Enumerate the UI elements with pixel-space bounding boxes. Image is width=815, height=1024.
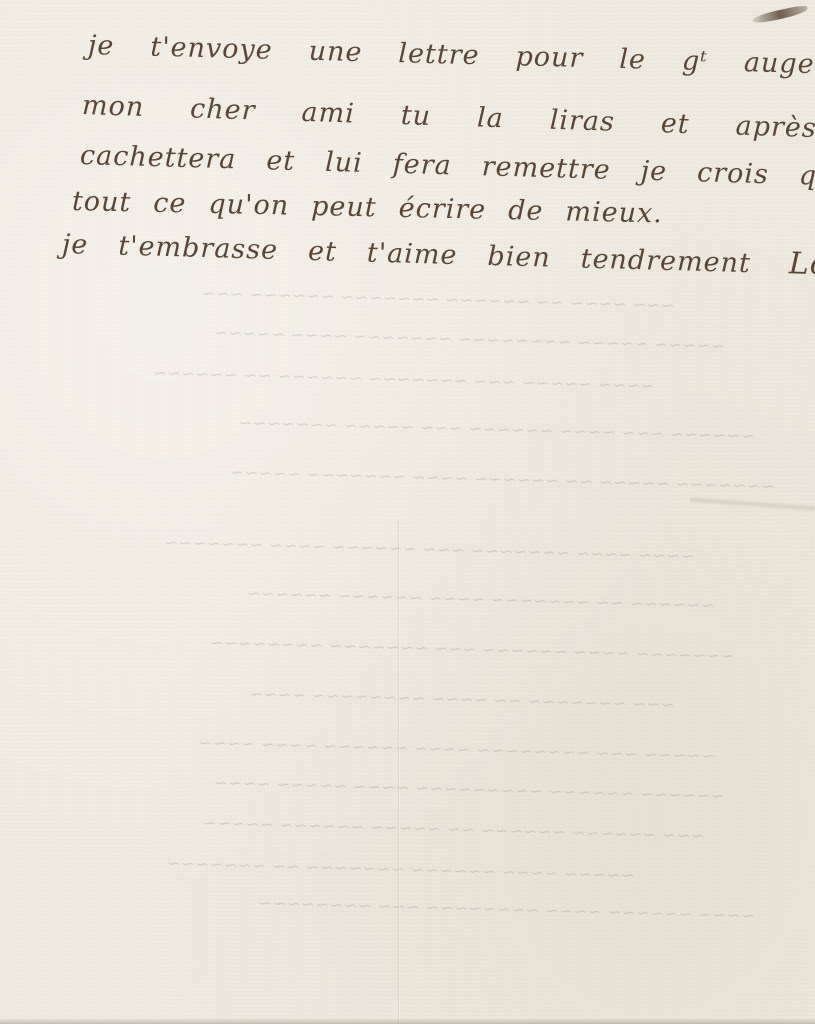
- letter-page: ~~~ ~~~~ ~~ ~~~~~~ ~~~~~~~ ~~~~~~ ~~~ ~~…: [0, 0, 815, 1024]
- word: cachettera: [80, 140, 237, 175]
- word: gᵗ: [682, 46, 709, 78]
- word: fera: [392, 149, 452, 182]
- letter-line-2: moncheramitulalirasetaprèstula: [82, 90, 815, 150]
- word: t'aime: [366, 238, 457, 272]
- word: et: [660, 108, 690, 140]
- word: ce: [153, 188, 187, 220]
- word: pour: [515, 41, 584, 74]
- word: et: [266, 145, 296, 177]
- signature: Louise: [788, 246, 815, 284]
- word: une: [308, 36, 363, 68]
- word: bien: [487, 241, 551, 274]
- word: je: [640, 156, 667, 188]
- word: et: [308, 236, 338, 268]
- word: je: [88, 30, 115, 62]
- word: tu: [400, 100, 431, 132]
- paper-fold: [398, 520, 400, 1024]
- ink-smudge: [752, 4, 809, 24]
- word: tout: [72, 186, 132, 218]
- letter-line-1: jet'envoyeunelettrepourlegᵗaugereau: [88, 30, 815, 83]
- word: de: [508, 195, 544, 227]
- word: ami: [301, 97, 355, 130]
- word: tendrement: [580, 243, 751, 279]
- bleed-through-text: ~~~ ~~~~ ~~ ~~~~~~ ~~~~~~~ ~~~~~~ ~~~ ~~…: [0, 280, 815, 940]
- letter-line-4: toutcequ'onpeutécriredemieux.: [72, 186, 685, 230]
- word: liras: [549, 105, 615, 138]
- word: peut: [311, 191, 377, 223]
- word: que: [798, 160, 815, 192]
- word: remettre: [481, 151, 611, 186]
- word: cher: [190, 93, 256, 126]
- word: t'embrasse: [118, 231, 279, 266]
- word: après: [735, 111, 815, 145]
- word: la: [477, 102, 505, 134]
- word: écrire: [398, 193, 486, 226]
- letter-line-5: jet'embrasseett'aimebientendrementLouise: [62, 226, 815, 284]
- word: lettre: [398, 38, 480, 71]
- word: mon: [82, 90, 145, 123]
- word: crois: [697, 157, 770, 190]
- word: le: [619, 44, 646, 76]
- paper-edge: [0, 1018, 815, 1024]
- word: qu'on: [208, 189, 289, 222]
- word: mieux.: [565, 196, 663, 229]
- word: t'envoye: [150, 32, 273, 66]
- word: augereau: [744, 47, 815, 82]
- word: je: [62, 229, 89, 261]
- word: lui: [325, 147, 364, 179]
